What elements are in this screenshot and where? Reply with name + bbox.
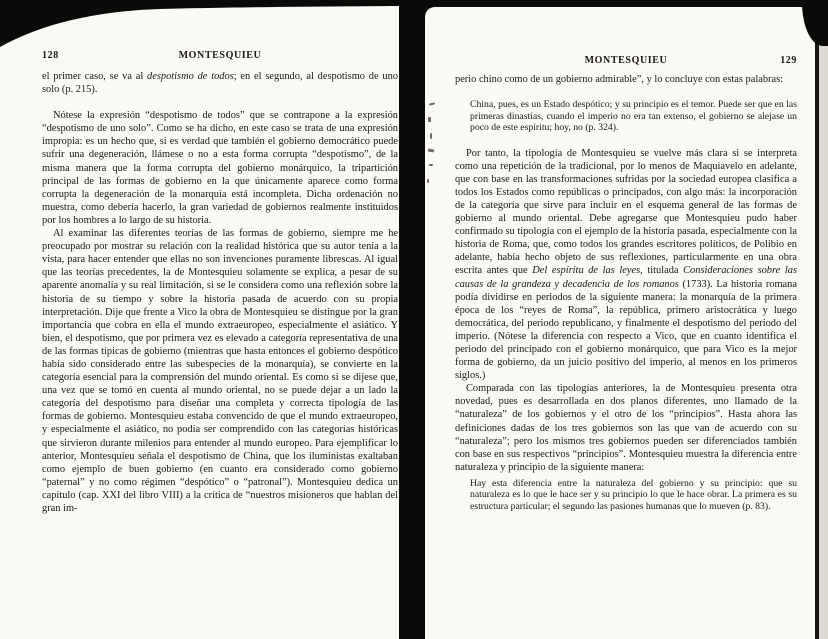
- text-run: Comparada con las tipologías anteriores,…: [455, 383, 797, 473]
- left-page: 128 MONTESQUIEU el primer caso, se va al…: [0, 0, 399, 639]
- scan-smudge: [429, 164, 433, 166]
- paragraph: Nótese la expresión “despotismo de todos…: [42, 109, 398, 227]
- italic-text: despotismo de todos: [147, 71, 234, 82]
- running-head: MONTESQUIEU: [455, 55, 797, 66]
- block-quote: China, pues, es un Estado despótico; y s…: [470, 99, 797, 134]
- text-run: Hay esta diferencia entre la naturaleza …: [470, 478, 797, 512]
- italic-text: Del espíritu de las leyes: [532, 265, 640, 276]
- right-page: MONTESQUIEU 129 perio chino como de un g…: [425, 7, 815, 639]
- text-run: el primer caso, se va al: [42, 71, 147, 82]
- text-run: Nótese la expresión “despotismo de todos…: [42, 110, 398, 226]
- right-page-body: perio chino como de un gobierno admirabl…: [455, 73, 797, 633]
- scan-smudge: [428, 149, 434, 153]
- paragraph: perio chino como de un gobierno admirabl…: [455, 73, 797, 86]
- book-scan: 128 MONTESQUIEU el primer caso, se va al…: [0, 0, 828, 639]
- text-run: Al examinar las diferentes teorías de la…: [42, 228, 398, 514]
- paragraph: el primer caso, se va al despotismo de t…: [42, 70, 398, 96]
- text-run: perio chino como de un gobierno admirabl…: [455, 74, 783, 85]
- scan-page-edge-strip: [819, 44, 828, 639]
- scan-smudge: [428, 117, 431, 122]
- block-quote: Hay esta diferencia entre la naturaleza …: [470, 478, 797, 513]
- paragraph: Al examinar las diferentes teorías de la…: [42, 227, 398, 515]
- left-page-header: 128 MONTESQUIEU: [42, 50, 398, 64]
- left-page-body: el primer caso, se va al despotismo de t…: [42, 70, 398, 630]
- scan-smudge: [429, 102, 435, 105]
- right-page-header: MONTESQUIEU 129: [455, 55, 797, 69]
- text-run: , titulada: [640, 265, 683, 276]
- scan-shadow-top-left: [0, 0, 399, 52]
- text-run: Por tanto, la tipología de Montesquieu s…: [455, 148, 797, 277]
- page-number: 129: [780, 55, 797, 66]
- text-run: (1733). La historia romana podía dividir…: [455, 279, 797, 382]
- paragraph: Comparada con las tipologías anteriores,…: [455, 382, 797, 474]
- scan-smudge: [430, 133, 432, 139]
- text-run: China, pues, es un Estado despótico; y s…: [470, 99, 797, 133]
- paragraph: Por tanto, la tipología de Montesquieu s…: [455, 147, 797, 383]
- scan-smudge: [427, 179, 429, 183]
